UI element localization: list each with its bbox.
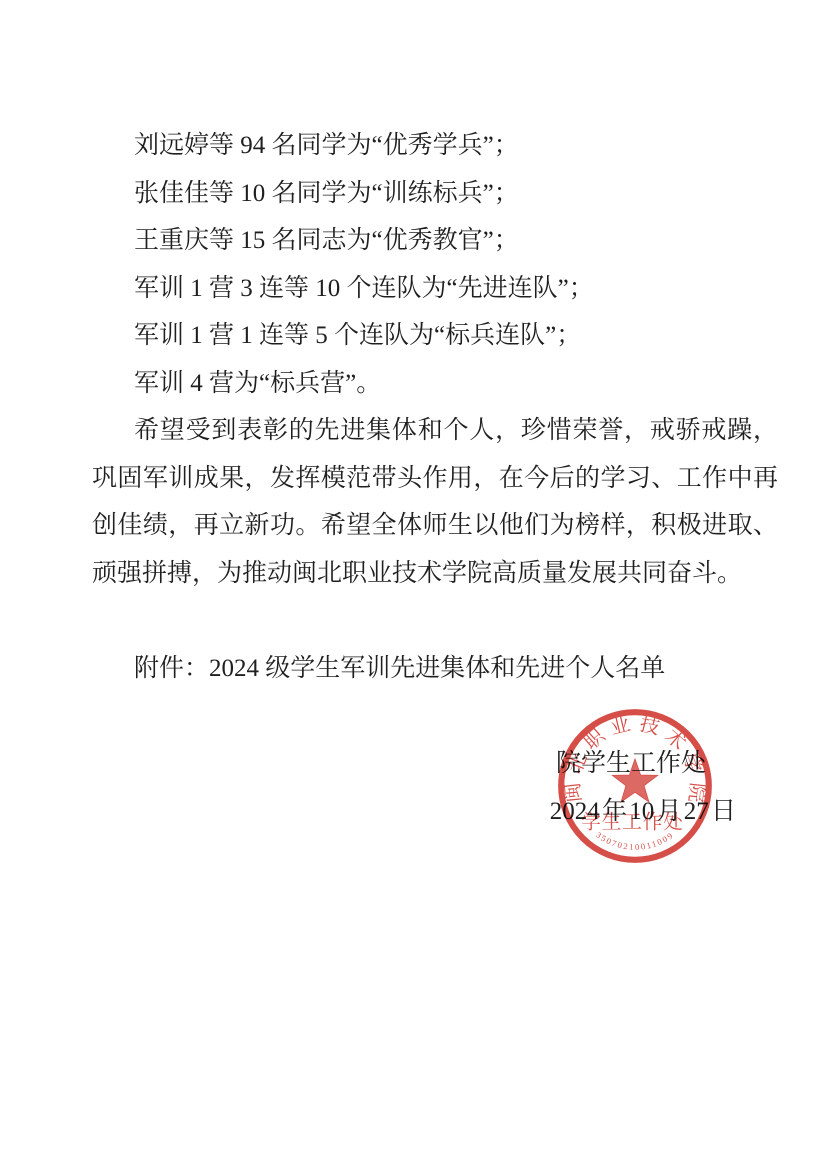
document-page: 刘远婷等 94 名同学为“优秀学兵”； 张佳佳等 10 名同学为“训练标兵”； … [0,0,836,1171]
seal-arc-char: 闽 [562,781,586,803]
award-line-instructors: 王重庆等 15 名同志为“优秀教官”； [92,217,778,265]
seal-arc-char: 业 [608,713,633,739]
award-line-advanced-companies: 军训 1 营 3 连等 10 个连队为“先进连队”； [92,265,778,313]
seal-arc-char: 院 [684,781,708,803]
closing-paragraph: 希望受到表彰的先进集体和个人，珍惜荣誉，戒骄戒躁， 巩固军训成果，发挥模范带头作… [92,407,778,597]
seal-department-text: 学生工作处 [581,812,683,834]
award-line-students: 刘远婷等 94 名同学为“优秀学兵”； [92,122,778,170]
closing-paragraph-line: 巩固军训成果，发挥模范带头作用，在今后的学习、工作中再 [92,455,778,503]
closing-paragraph-line: 顽强拼搏，为推动闽北职业技术学院高质量发展共同奋斗。 [92,550,778,598]
seal-arc-char: 技 [637,713,662,739]
closing-paragraph-line: 创佳绩，再立新功。希望全体师生以他们为榜样，积极进取、 [92,502,778,550]
award-line-model-companies: 军训 1 营 1 连等 5 个连队为“标兵连队”； [92,312,778,360]
closing-paragraph-line: 希望受到表彰的先进集体和个人，珍惜荣誉，戒骄戒躁， [92,407,778,455]
official-seal: 闽北职业技术学院 学生工作处 35070210011009 [553,704,717,868]
attachment-line: 附件：2024 级学生军训先进集体和先进个人名单 [92,645,778,693]
award-line-model-battalion: 军训 4 营为“标兵营”。 [92,360,778,408]
star-icon [612,759,657,802]
award-line-trainees: 张佳佳等 10 名同学为“训练标兵”； [92,170,778,218]
